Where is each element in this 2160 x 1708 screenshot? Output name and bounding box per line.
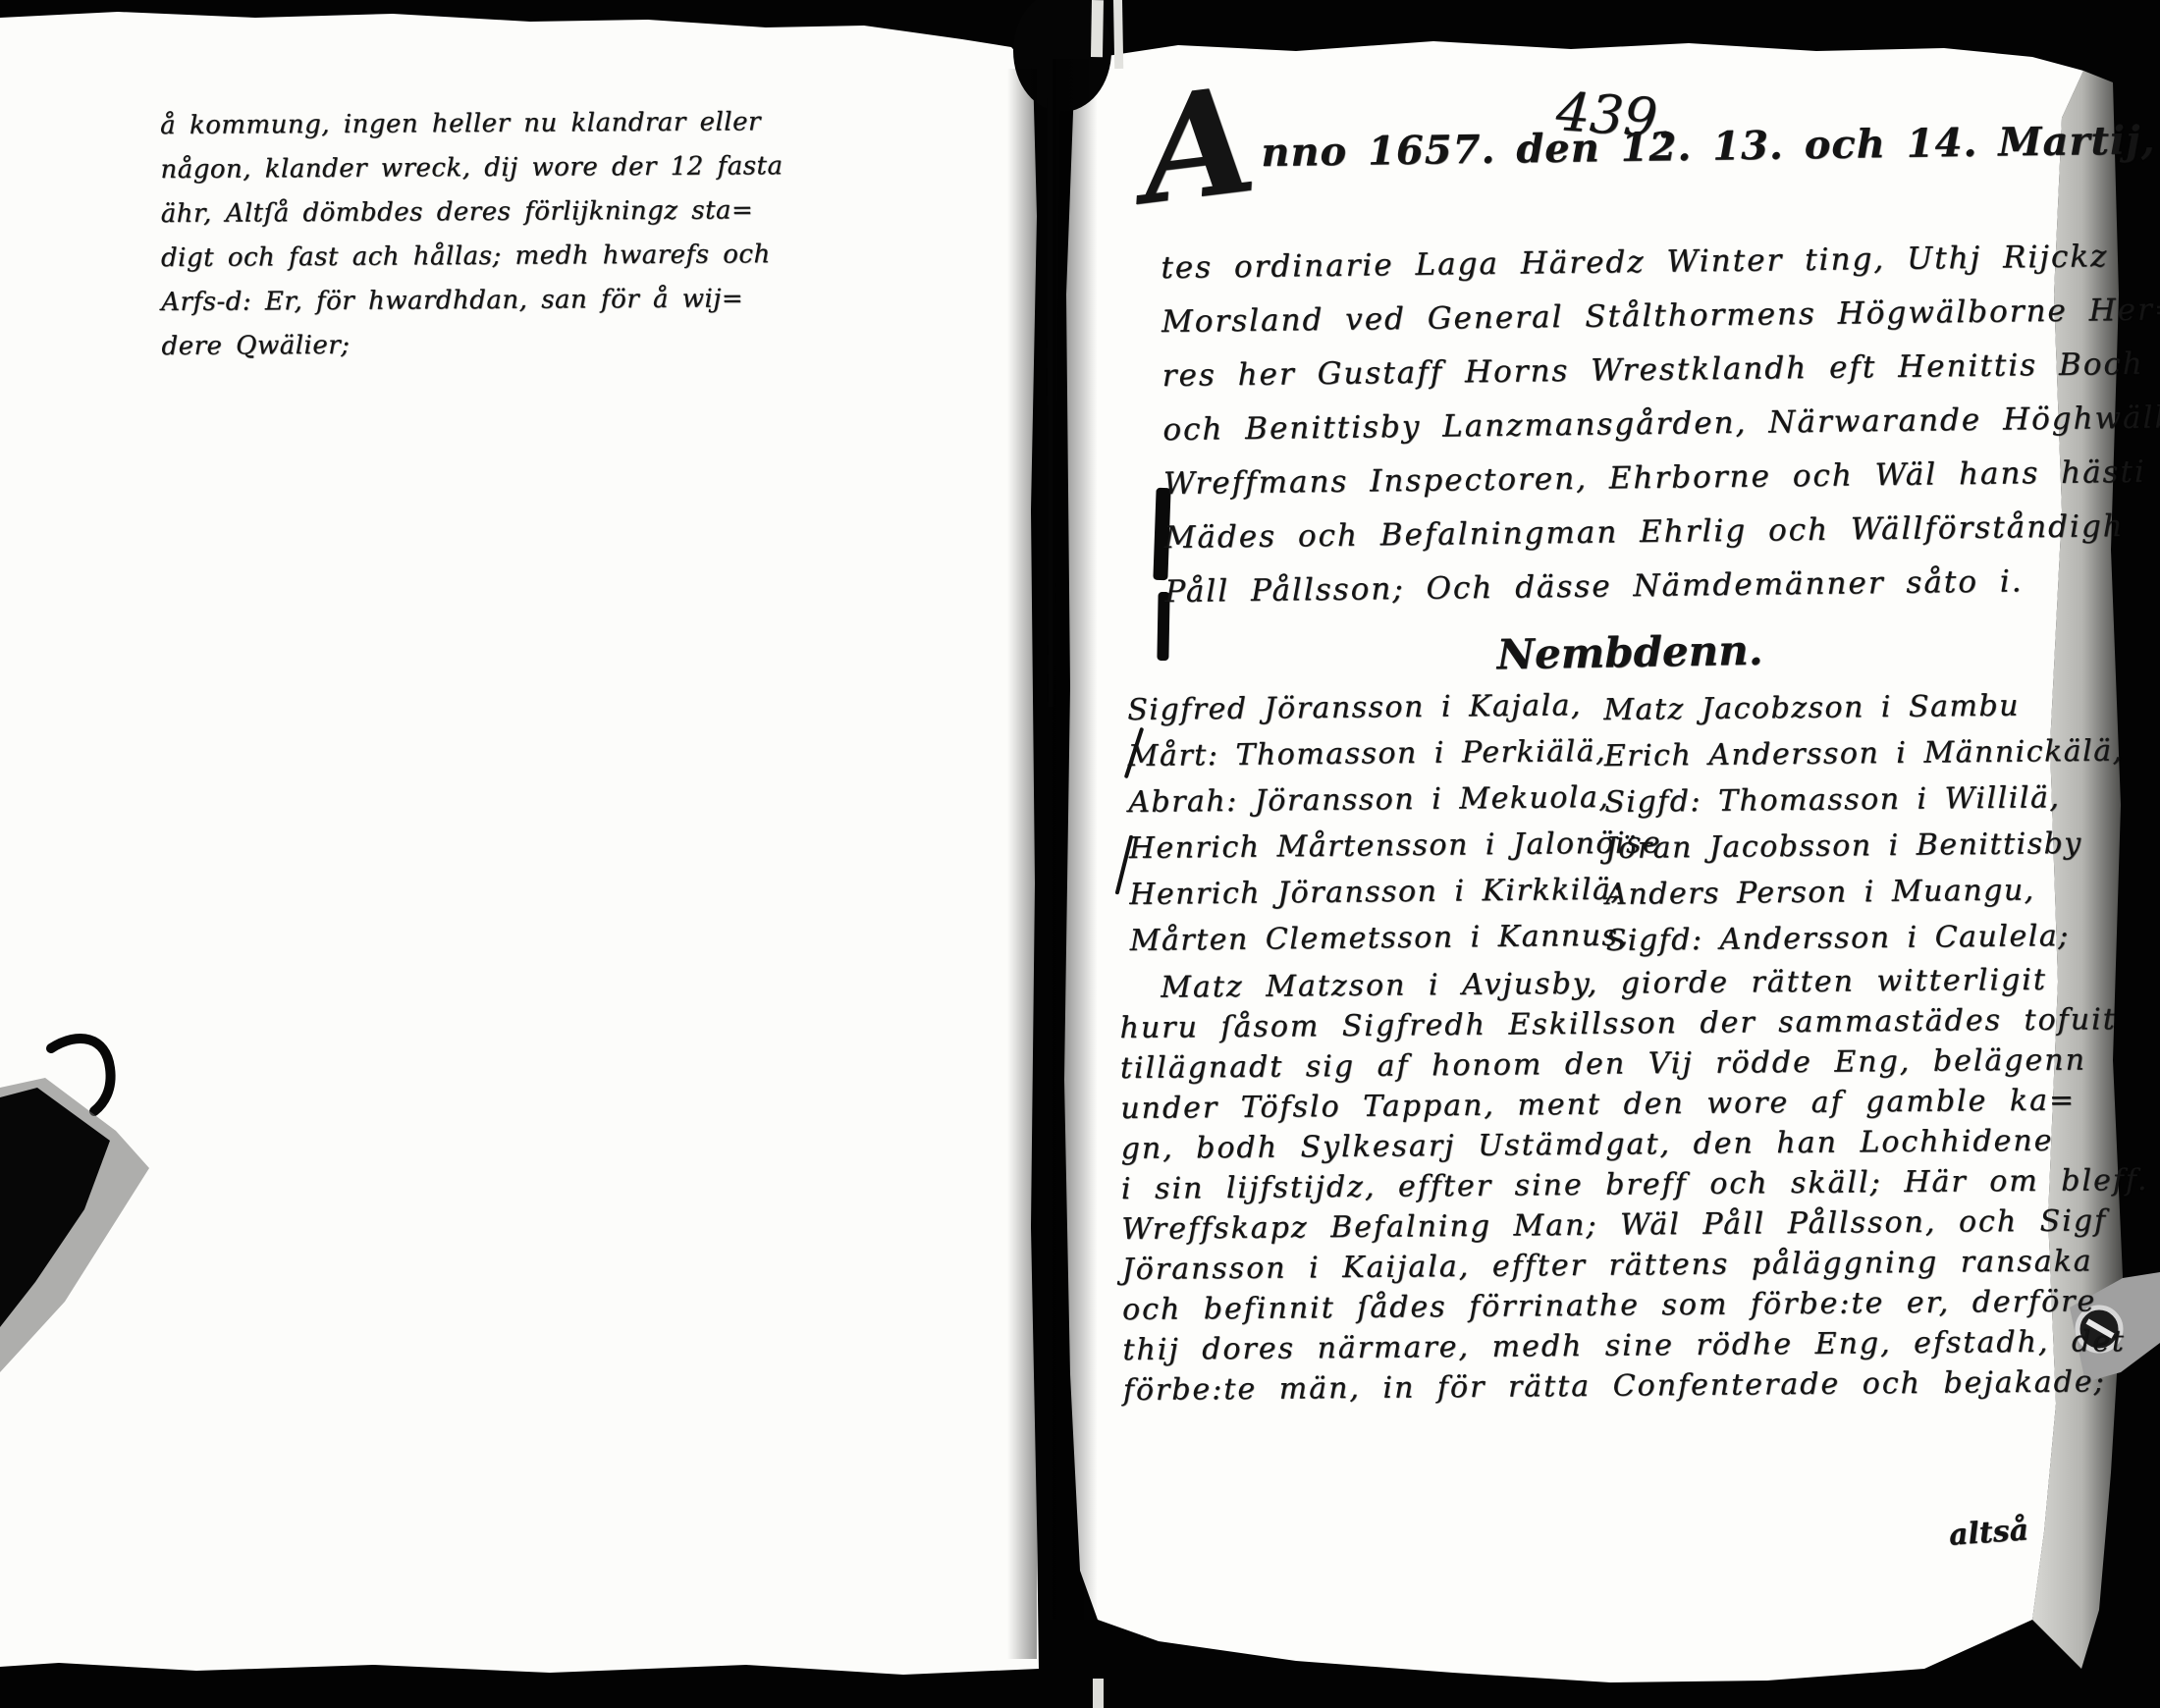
heading-initial-letter: A <box>1132 67 1262 225</box>
jury-member: Jöran Jacobsson i Benittisby <box>1604 820 2159 872</box>
gutter-shadow-right <box>1053 59 1098 1620</box>
jury-member: Erich Andersson i Männickälä, <box>1603 727 2158 779</box>
court-session-preamble: tes ordinarie Laga Häredz Winter ting, U… <box>1161 230 2137 619</box>
gutter-shadow-left <box>1007 69 1037 1659</box>
jury-member: Sigfd: Andersson i Caulela; <box>1605 912 2160 964</box>
manuscript-line: å kommung, ingen heller nu klandrar elle… <box>160 100 788 148</box>
binding-cord-bottom <box>1093 1679 1104 1708</box>
manuscript-line: ähr, Altſå dömbdes deres förlijkningz st… <box>161 188 789 237</box>
jury-member: Anders Person i Muangu, <box>1605 866 2160 918</box>
jury-member: Abrah: Jöransson i Mekuola, <box>1128 774 1604 826</box>
jury-member: Mårt: Thomasson i Perkiälä, <box>1127 728 1603 779</box>
binding-cord-top-left <box>1091 0 1104 57</box>
manuscript-line: digt och fast ach hållas; medh hwarefs o… <box>161 233 789 281</box>
manuscript-line: Arfs-d: Er, för hwardhdan, san för å wij… <box>161 277 789 325</box>
jury-member: Sigfred Jöransson i Kajala, <box>1127 682 1603 733</box>
manuscript-scan: å kommung, ingen heller nu klandrar elle… <box>0 0 2160 1708</box>
binding-cord-top-right <box>1113 0 1123 69</box>
catchword: altså <box>1948 1513 2029 1553</box>
jury-list-left-column: Sigfred Jöransson i Kajala, Mårt: Thomas… <box>1127 682 1606 964</box>
jury-section-heading: Nembdenn. <box>1414 624 1847 680</box>
jury-list-right-column: Matz Jacobzson i Sambu Erich Andersson i… <box>1603 681 2160 964</box>
case-record-paragraph: Matz Matzson i Avjusby, giorde rätten wi… <box>1119 959 2134 1411</box>
left-page-paragraph: å kommung, ingen heller nu klandrar elle… <box>160 100 790 369</box>
jury-member: Sigfd: Thomasson i Willilä, <box>1604 774 2159 826</box>
jury-member: Matz Jacobzson i Sambu <box>1603 681 2158 733</box>
manuscript-line: någon, klander wreck, dij wore der 12 fa… <box>160 144 788 192</box>
jury-member: Henrich Jöransson i Kirkkilä; <box>1129 867 1605 918</box>
jury-member: Henrich Mårtensson i Jalonöise <box>1128 821 1604 872</box>
manuscript-line: dere Qwälier; <box>161 321 789 369</box>
jury-member: Mårten Clemetsson i Kannus, <box>1129 913 1605 964</box>
